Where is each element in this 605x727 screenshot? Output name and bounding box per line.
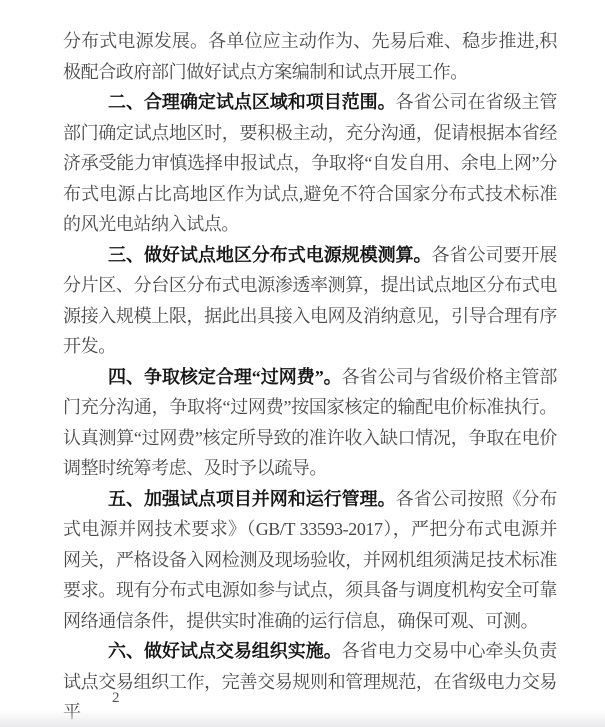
section-3-paragraph: 三、做好试点地区分布式电源规模测算。各省公司要开展分片区、分台区分布式电源渗透率…	[63, 240, 557, 362]
paragraph-text: 各省公司在省级主管部门确定试点地区时，要积极主动，充分沟通，促请根据本省经济承受…	[63, 92, 557, 234]
section-4-heading: 四、争取核定合理“过网费”。	[108, 367, 342, 387]
section-5-paragraph: 五、加强试点项目并网和运行管理。各省公司按照《分布式电源并网技术要求》（GB/T…	[63, 484, 557, 637]
document-page: 分布式电源发展。各单位应主动作为、先易后难、稳步推进,积极配合政府部门做好试点方…	[0, 0, 605, 727]
page-number: 2	[112, 690, 120, 707]
section-2-heading: 二、合理确定试点区域和项目范围。	[108, 92, 396, 112]
paragraph-text: 各省公司按照《分布式电源并网技术要求》（GB/T 33593-2017），严把分…	[63, 489, 557, 631]
section-5-heading: 五、加强试点项目并网和运行管理。	[108, 489, 396, 509]
paragraph-text: 分布式电源发展。各单位应主动作为、先易后难、稳步推进,积极配合政府部门做好试点方…	[63, 31, 557, 82]
section-4-paragraph: 四、争取核定合理“过网费”。各省公司与省级价格主管部门充分沟通，争取将“过网费”…	[63, 362, 557, 484]
section-2-paragraph: 二、合理确定试点区域和项目范围。各省公司在省级主管部门确定试点地区时，要积极主动…	[63, 87, 557, 240]
paragraph-continuation: 分布式电源发展。各单位应主动作为、先易后难、稳步推进,积极配合政府部门做好试点方…	[63, 26, 557, 87]
document-body: 分布式电源发展。各单位应主动作为、先易后难、稳步推进,积极配合政府部门做好试点方…	[63, 26, 557, 727]
section-3-heading: 三、做好试点地区分布式电源规模测算。	[108, 245, 432, 265]
page-bottom-scan-edge	[0, 710, 605, 727]
section-6-heading: 六、做好试点交易组织实施。	[108, 641, 342, 661]
